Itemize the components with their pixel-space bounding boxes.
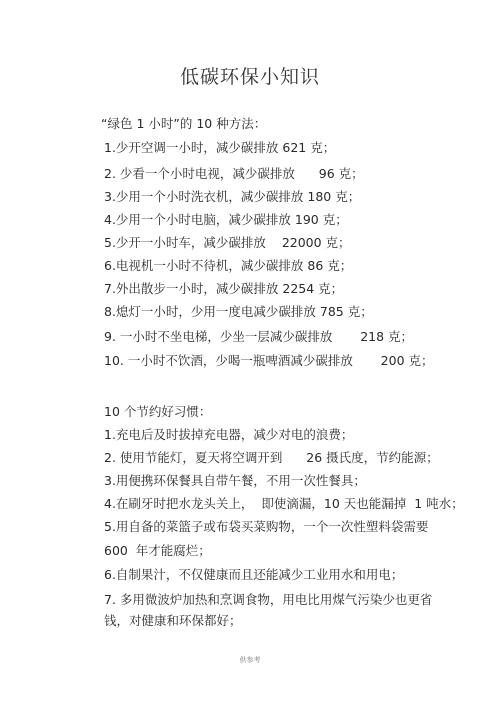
- section-heading-green-hour: “绿色 1 小时”的 10 种方法：: [101, 114, 266, 132]
- list-item: 1.少开空调一小时，减少碳排放 621 克；: [104, 138, 335, 156]
- list-item: 4.少用一个小时电脑，减少碳排放 190 克；: [104, 210, 348, 228]
- list-item: 钱，对健康和环保都好；: [104, 611, 242, 629]
- list-item: 10. 一小时不饮酒，少喝一瓶啤酒减少碳排放 200 克；: [104, 351, 434, 369]
- list-item: 5.少开一小时车，减少碳排放 22000 克；: [104, 233, 351, 251]
- list-item: 3.用便携环保餐具自带午餐，不用一次性餐具；: [104, 471, 366, 489]
- list-item: 7. 多用微波炉加热和烹调食物，用电比用煤气污染少也更省: [104, 590, 432, 608]
- list-item: 7.外出散步一小时，减少碳排放 2254 克；: [104, 279, 343, 297]
- list-item: 3.少用一个小时洗衣机，减少碳排放 180 克；: [104, 187, 360, 205]
- list-item: 6.电视机一小时不待机，减少碳排放 86 克；: [104, 256, 352, 274]
- list-item: 8.熄灯一小时，少用一度电减少碳排放 785 克；: [104, 302, 373, 320]
- list-item: 5.用自备的菜篮子或布袋买菜购物，一个一次性塑料袋需要: [104, 517, 428, 535]
- list-item: 1.充电后及时拔掉充电器，减少对电的浪费；: [104, 425, 353, 443]
- list-item: 6.自制果汁，不仅健康而且还能减少工业用水和用电；: [104, 565, 403, 583]
- page-footer: 供参考: [0, 655, 500, 665]
- list-item: 2. 使用节能灯，夏天将空调开到 26 摄氏度，节约能源；: [104, 448, 439, 466]
- list-item: 4.在刷牙时把水龙头关上， 即使滴漏，10 天也能漏掉 1 吨水；: [104, 494, 464, 512]
- document-title: 低碳环保小知识: [0, 62, 500, 89]
- list-item: 9. 一小时不坐电梯，少坐一层减少碳排放 218 克；: [104, 327, 413, 345]
- list-item: 600 年才能腐烂；: [104, 541, 211, 559]
- section-heading-saving-habits: 10 个节约好习惯：: [104, 402, 211, 420]
- list-item: 2. 少看一个小时电视，减少碳排放 96 克；: [104, 164, 364, 182]
